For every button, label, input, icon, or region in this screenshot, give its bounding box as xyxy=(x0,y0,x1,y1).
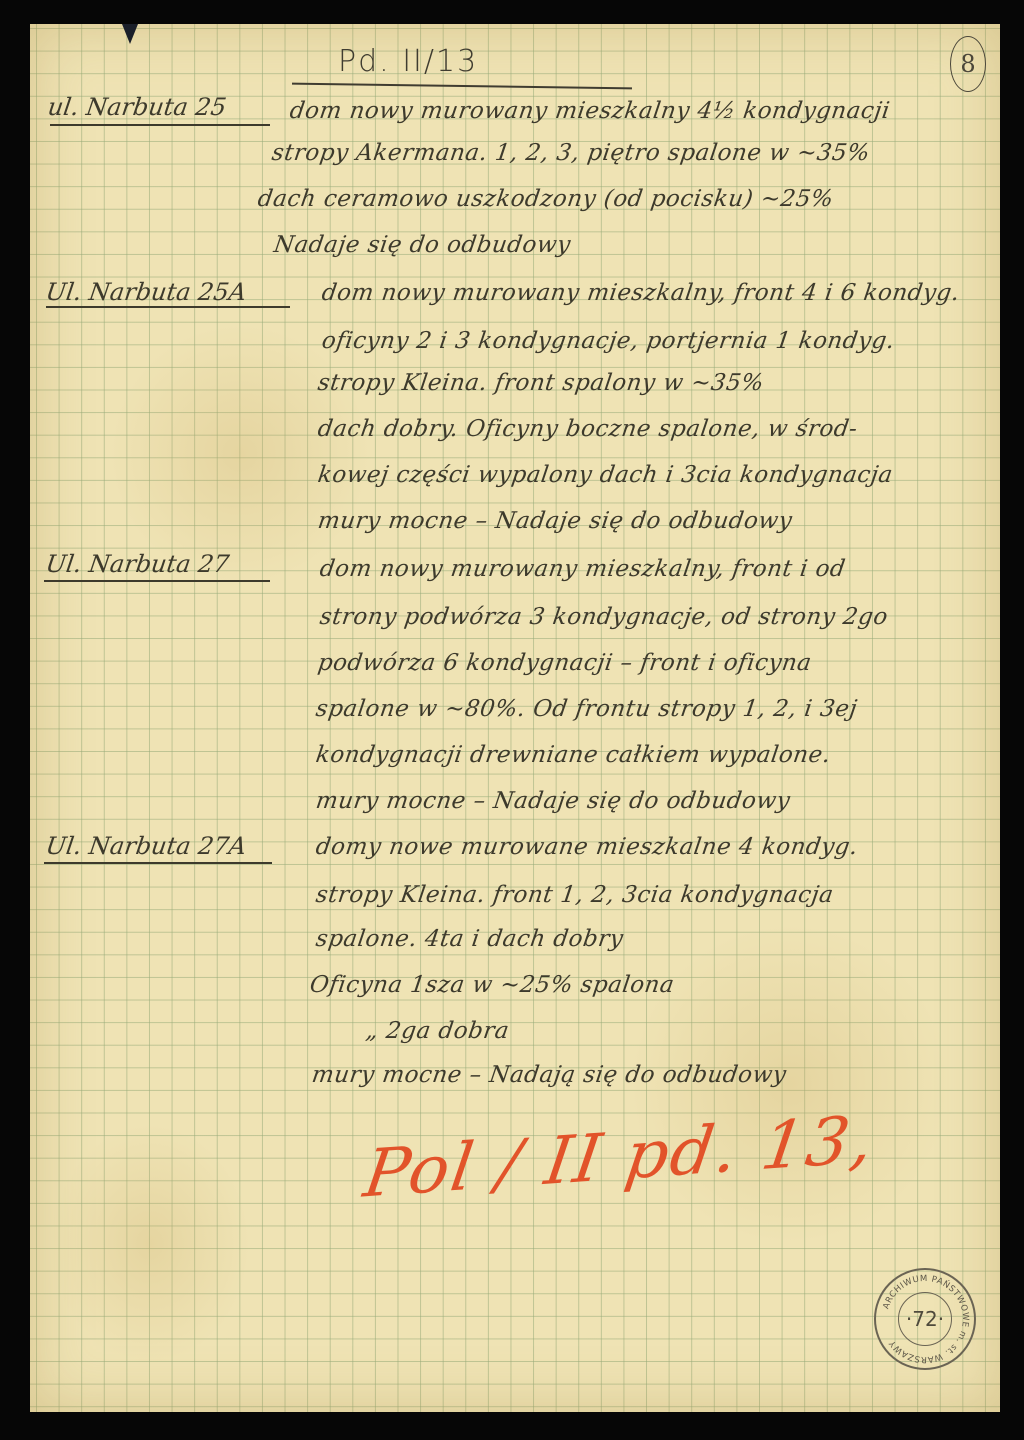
entry-address: Ul. Narbuta 27 xyxy=(44,550,231,578)
entry-line: kowej części wypalony dach i 3cia kondyg… xyxy=(316,462,894,488)
address-underline xyxy=(44,862,272,864)
sheet-number: 8 xyxy=(950,36,986,92)
entry-line: spalone w ~80%. Od frontu stropy 1, 2, i… xyxy=(314,696,859,722)
address-underline xyxy=(46,306,290,308)
entry-line: dach dobry. Oficyny boczne spalone, w śr… xyxy=(316,416,859,442)
entry-line: mury mocne – Nadaje się do odbudowy xyxy=(316,508,794,534)
entry-line: mury mocne – Nadaje się do odbudowy xyxy=(314,788,792,814)
archive-stamp: ARCHIWUM PAŃSTWOWE m. st. WARSZAWY ·72· xyxy=(874,1268,976,1370)
entry-line: stropy Kleina. front 1, 2, 3cia kondygna… xyxy=(314,882,835,908)
stamp-number: ·72· xyxy=(898,1292,952,1346)
entry-line: strony podwórza 3 kondygnacje, od strony… xyxy=(318,604,889,630)
entry-line: oficyny 2 i 3 kondygnacje, portjernia 1 … xyxy=(320,328,896,354)
page-notch xyxy=(122,24,138,44)
entry-line: domy nowe murowane mieszkalne 4 kondyg. xyxy=(314,834,859,860)
address-underline xyxy=(50,124,270,126)
address-underline xyxy=(44,580,270,582)
entry-line: dach ceramowo uszkodzony (od pocisku) ~2… xyxy=(256,186,835,212)
entry-address: Ul. Narbuta 25A xyxy=(44,278,248,306)
entry-line: „ 2ga dobra xyxy=(364,1018,511,1044)
entry-line: podwórza 6 kondygnacji – front i oficyna xyxy=(316,650,813,676)
entry-line: stropy Kleina. front spalony w ~35% xyxy=(316,370,765,396)
entry-line: spalone. 4ta i dach dobry xyxy=(314,926,625,952)
reference-header: Pd. II/13 xyxy=(338,44,478,79)
entry-line: mury mocne – Nadają się do odbudowy xyxy=(310,1062,788,1088)
entry-address: ul. Narbuta 25 xyxy=(46,93,228,121)
entry-address: Ul. Narbuta 27A xyxy=(44,832,248,860)
entry-line: dom nowy murowany mieszkalny, front 4 i … xyxy=(320,280,961,306)
entry-line: stropy Akermana. 1, 2, 3, piętro spalone… xyxy=(270,140,871,166)
entry-line: kondygnacji drewniane całkiem wypalone. xyxy=(314,742,832,768)
entry-line: Oficyna 1sza w ~25% spalona xyxy=(308,972,676,998)
entry-line: dom nowy murowany mieszkalny 4½ kondygna… xyxy=(288,98,891,124)
entry-line: dom nowy murowany mieszkalny, front i od xyxy=(318,556,847,582)
entry-line: Nadaje się do odbudowy xyxy=(272,232,572,258)
